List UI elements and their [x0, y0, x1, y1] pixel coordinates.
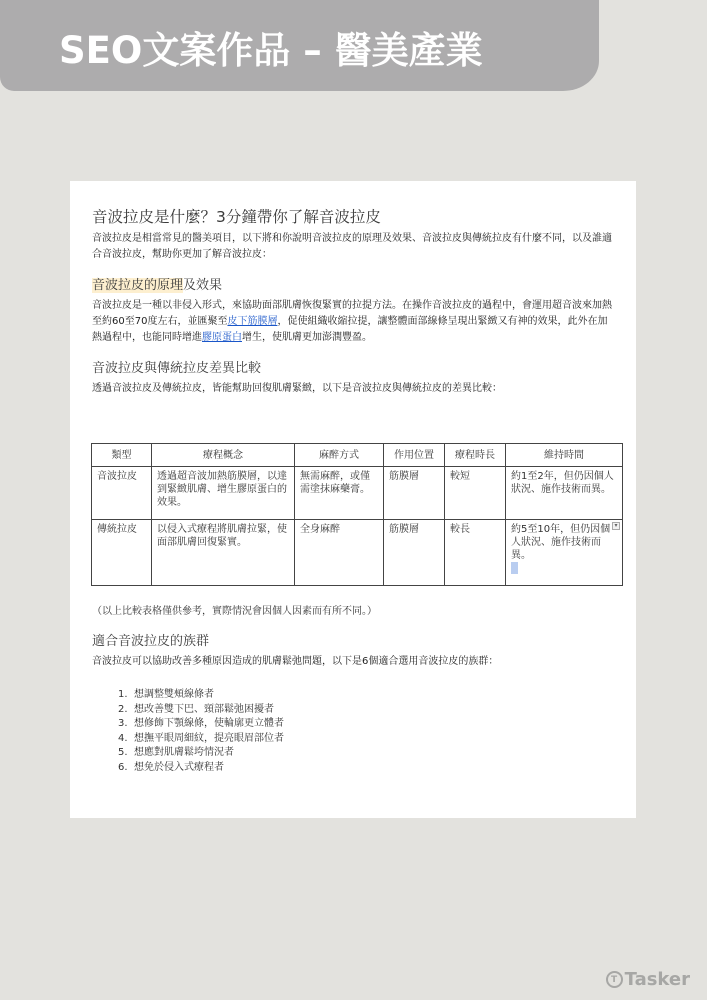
section-groups-heading: 適合音波拉皮的族群 [92, 633, 612, 651]
highlighted-heading-text: 音波拉皮的原理 [92, 278, 183, 293]
section-principle-heading: 音波拉皮的原理及效果 [92, 277, 612, 295]
title-banner: SEO文案作品 – 醫美產業 [0, 0, 599, 91]
text-selection-cursor [511, 562, 518, 574]
table-header: 療程時長 [445, 444, 506, 467]
table-header: 作用位置 [384, 444, 445, 467]
table-cell: 音波拉皮 [92, 467, 152, 520]
tasker-logo-icon: T [606, 971, 623, 988]
table-header: 類型 [92, 444, 152, 467]
list-item: 5.想應對肌膚鬆垮情況者 [118, 746, 612, 761]
section-groups-paragraph: 音波拉皮可以協助改善多種原因造成的肌膚鬆弛問題，以下是6個適合選用音波拉皮的族群… [92, 654, 612, 670]
table-cell: 約1至2年，但仍因個人狀況、施作技術而異。 [506, 467, 623, 520]
table-header: 維持時間 [506, 444, 623, 467]
table-header-row: 類型 療程概念 麻醉方式 作用位置 療程時長 維持時間 [92, 444, 623, 467]
table-cell: 筋膜層 [384, 467, 445, 520]
link-fascia-layer[interactable]: 皮下筋膜層 [227, 316, 277, 327]
table-header: 療程概念 [152, 444, 295, 467]
cell-dropdown-icon[interactable]: ▾ [612, 522, 620, 530]
table-note: （以上比較表格僅供參考，實際情況會因個人因素而有所不同。） [92, 602, 377, 617]
tasker-watermark: T Tasker [606, 969, 690, 990]
section-compare-paragraph: 透過音波拉皮及傳統拉皮，皆能幫助回復肌膚緊緻，以下是音波拉皮與傳統拉皮的差異比較… [92, 381, 612, 397]
list-item: 4.想撫平眼周細紋，提亮眼眉部位者 [118, 732, 612, 747]
section-principle: 音波拉皮的原理及效果 音波拉皮是一種以非侵入形式，來協助面部肌膚恢復緊實的拉提方… [92, 277, 612, 346]
comparison-table: 類型 療程概念 麻醉方式 作用位置 療程時長 維持時間 音波拉皮 透過超音波加熱… [91, 443, 623, 586]
list-item: 6.想免於侵入式療程者 [118, 761, 612, 776]
table-cell: 以侵入式療程將肌膚拉緊，使面部肌膚回復緊實。 [152, 520, 295, 586]
table-header: 麻醉方式 [295, 444, 384, 467]
section-principle-paragraph: 音波拉皮是一種以非侵入形式，來協助面部肌膚恢復緊實的拉提方法。在操作音波拉皮的過… [92, 298, 612, 346]
article-title: 音波拉皮是什麼？3分鐘帶你了解音波拉皮 [92, 206, 612, 228]
list-item: 1.想調整雙頰線條者 [118, 688, 612, 703]
table-cell: 較長 [445, 520, 506, 586]
table-cell: 較短 [445, 467, 506, 520]
section-compare: 音波拉皮與傳統拉皮差異比較 透過音波拉皮及傳統拉皮，皆能幫助回復肌膚緊緻，以下是… [92, 360, 612, 397]
table-cell: 傳統拉皮 [92, 520, 152, 586]
tasker-brand-text: Tasker [625, 969, 690, 990]
link-collagen[interactable]: 膠原蛋白 [202, 332, 242, 343]
article-intro: 音波拉皮是相當常見的醫美項目，以下將和你說明音波拉皮的原理及效果、音波拉皮與傳統… [92, 231, 612, 263]
document-screenshot: 音波拉皮是什麼？3分鐘帶你了解音波拉皮 音波拉皮是相當常見的醫美項目，以下將和你… [70, 181, 636, 818]
table-cell: 無需麻醉，或僅需塗抹麻藥膏。 [295, 467, 384, 520]
banner-title: SEO文案作品 – 醫美產業 [59, 20, 483, 74]
section-compare-heading: 音波拉皮與傳統拉皮差異比較 [92, 360, 612, 378]
target-groups-list: 1.想調整雙頰線條者 2.想改善雙下巴、頸部鬆弛困擾者 3.想修飾下顎線條，使輪… [118, 688, 612, 775]
section-groups: 適合音波拉皮的族群 音波拉皮可以協助改善多種原因造成的肌膚鬆弛問題，以下是6個適… [92, 633, 612, 775]
table-cell: 透過超音波加熱筋膜層，以達到緊緻肌膚、增生膠原蛋白的效果。 [152, 467, 295, 520]
table-row: 傳統拉皮 以侵入式療程將肌膚拉緊，使面部肌膚回復緊實。 全身麻醉 筋膜層 較長 … [92, 520, 623, 586]
table-cell: 全身麻醉 [295, 520, 384, 586]
table-cell-with-cursor[interactable]: 約5至10年，但仍因個人狀況、施作技術而異。 ▾ [506, 520, 623, 586]
table-cell: 筋膜層 [384, 520, 445, 586]
list-item: 2.想改善雙下巴、頸部鬆弛困擾者 [118, 703, 612, 718]
table-row: 音波拉皮 透過超音波加熱筋膜層，以達到緊緻肌膚、增生膠原蛋白的效果。 無需麻醉，… [92, 467, 623, 520]
list-item: 3.想修飾下顎線條，使輪廓更立體者 [118, 717, 612, 732]
